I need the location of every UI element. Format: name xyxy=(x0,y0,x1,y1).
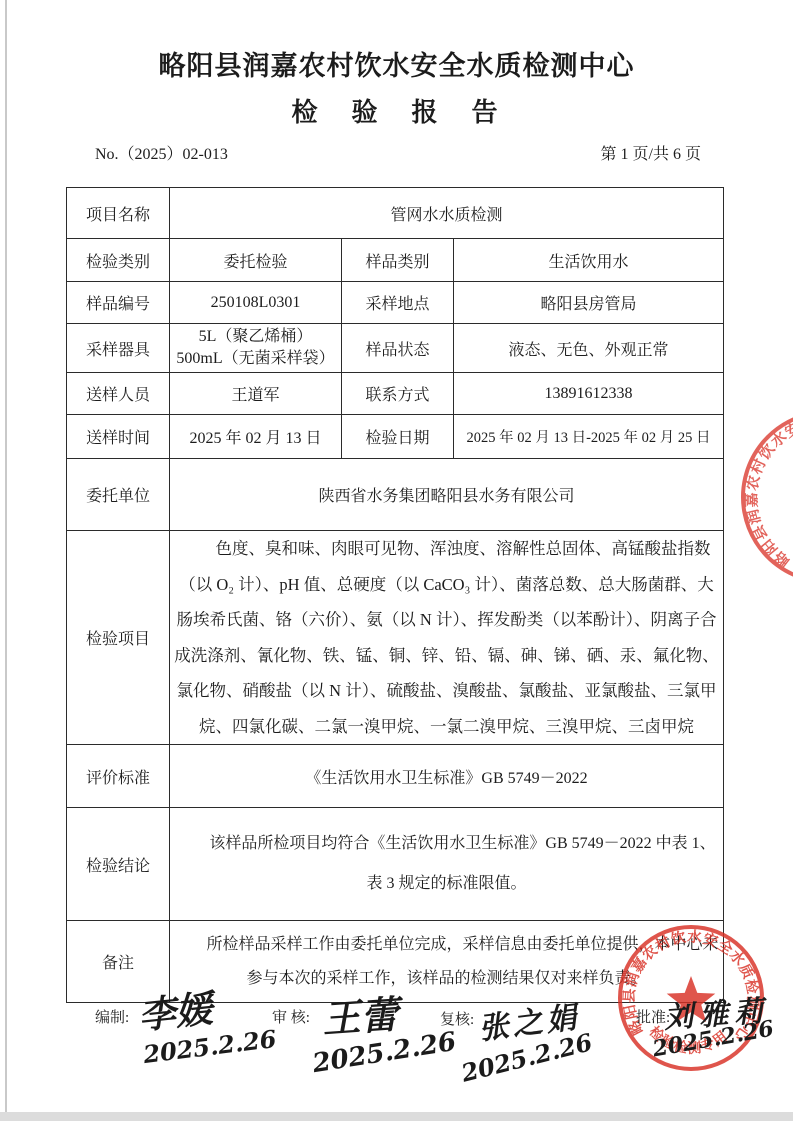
project-label: 项目名称 xyxy=(67,188,170,239)
table-row: 送样时间 2025 年 02 月 13 日 检验日期 2025 年 02 月 1… xyxy=(67,415,724,459)
table-row: 委托单位 陕西省水务集团略阳县水务有限公司 xyxy=(67,459,724,531)
sender-value: 王道军 xyxy=(170,373,342,415)
client-value: 陕西省水务集团略阳县水务有限公司 xyxy=(170,459,724,531)
partial-red-seal: 略阳县润嘉农村饮水安全水质检测中心 检验检测专用章 xyxy=(728,398,793,598)
page-indicator: 第 1 页/共 6 页 xyxy=(601,141,701,164)
sample-no-value: 250108L0301 xyxy=(170,282,342,324)
checked-label: 复核: xyxy=(440,1008,474,1029)
test-date-value: 2025 年 02 月 13 日-2025 年 02 月 25 日 xyxy=(454,415,724,459)
sampling-site-value: 略阳县房管局 xyxy=(454,282,724,324)
reviewed-date: 2025.2.26 xyxy=(311,1027,459,1079)
checked-date: 2025.2.26 xyxy=(458,1027,595,1087)
sender-label: 送样人员 xyxy=(67,373,170,415)
items-value: 色度、臭和味、肉眼可见物、浑浊度、溶解性总固体、高锰酸盐指数（以 O₂ 计）、p… xyxy=(170,531,724,745)
inspection-type-label: 检验类别 xyxy=(67,239,170,282)
remark-label: 备注 xyxy=(67,921,170,1003)
table-row: 样品编号 250108L0301 采样地点 略阳县房管局 xyxy=(67,282,724,324)
table-row: 检验项目 色度、臭和味、肉眼可见物、浑浊度、溶解性总固体、高锰酸盐指数（以 O₂… xyxy=(67,531,724,745)
standard-label: 评价标准 xyxy=(67,745,170,808)
scan-edge-left xyxy=(5,0,7,1121)
prepared-label: 编制: xyxy=(95,1006,129,1027)
sample-state-value: 液态、无色、外观正常 xyxy=(454,324,724,373)
client-label: 委托单位 xyxy=(67,459,170,531)
report-table: 项目名称 管网水水质检测 检验类别 委托检验 样品类别 生活饮用水 样品编号 2… xyxy=(66,187,724,1003)
conclusion-label: 检验结论 xyxy=(67,808,170,921)
conclusion-value: 该样品所检项目均符合《生活饮用水卫生标准》GB 5749－2022 中表 1、表… xyxy=(170,808,724,921)
prepared-date: 2025.2.26 xyxy=(142,1024,278,1069)
sampling-site-label: 采样地点 xyxy=(342,282,454,324)
contact-value: 13891612338 xyxy=(454,373,724,415)
project-value: 管网水水质检测 xyxy=(170,188,724,239)
reviewed-label: 审 核: xyxy=(272,1006,310,1027)
table-row: 采样器具 5L（聚乙烯桶） 500mL（无菌采样袋） 样品状态 液态、无色、外观… xyxy=(67,324,724,373)
org-title: 略阳县润嘉农村饮水安全水质检测中心 xyxy=(0,44,793,83)
sample-type-label: 样品类别 xyxy=(342,239,454,282)
sample-no-label: 样品编号 xyxy=(67,282,170,324)
table-row: 项目名称 管网水水质检测 xyxy=(67,188,724,239)
red-seal: 略阳县润嘉农村饮水安全水质检测中心 检验检测专用章 xyxy=(611,918,771,1078)
scan-edge-bottom xyxy=(0,1112,793,1121)
table-row: 检验类别 委托检验 样品类别 生活饮用水 xyxy=(67,239,724,282)
report-number: No.（2025）02-013 xyxy=(95,141,228,164)
table-row: 评价标准 《生活饮用水卫生标准》GB 5749－2022 xyxy=(67,745,724,808)
contact-label: 联系方式 xyxy=(342,373,454,415)
seal-star xyxy=(667,976,716,1022)
table-row: 检验结论 该样品所检项目均符合《生活饮用水卫生标准》GB 5749－2022 中… xyxy=(67,808,724,921)
send-date-label: 送样时间 xyxy=(67,415,170,459)
sampling-tools-value: 5L（聚乙烯桶） 500mL（无菌采样袋） xyxy=(170,324,342,373)
sample-type-value: 生活饮用水 xyxy=(454,239,724,282)
inspection-type-value: 委托检验 xyxy=(170,239,342,282)
sample-state-label: 样品状态 xyxy=(342,324,454,373)
test-date-label: 检验日期 xyxy=(342,415,454,459)
items-label: 检验项目 xyxy=(67,531,170,745)
meta-row: No.（2025）02-013 第 1 页/共 6 页 xyxy=(95,141,701,164)
report-title: 检 验 报 告 xyxy=(0,92,793,129)
sampling-tools-label: 采样器具 xyxy=(67,324,170,373)
send-date-value: 2025 年 02 月 13 日 xyxy=(170,415,342,459)
table-row: 送样人员 王道军 联系方式 13891612338 xyxy=(67,373,724,415)
standard-value: 《生活饮用水卫生标准》GB 5749－2022 xyxy=(170,745,724,808)
report-page: 略阳县润嘉农村饮水安全水质检测中心 检 验 报 告 No.（2025）02-01… xyxy=(0,0,793,1121)
